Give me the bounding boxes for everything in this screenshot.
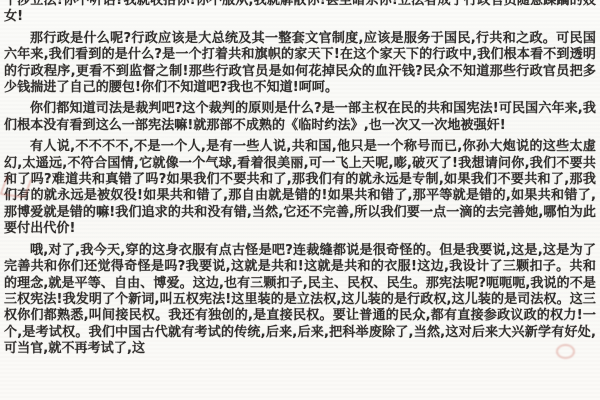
paragraph-judicial-power: 你们都知道司法是裁判吧?这个裁判的原则是什么?是一部主权在民的共和国宪法!可民国… (4, 101, 596, 134)
paragraph-clipped-top: 干涉立法!你不听话?我就收拾你!你不服从,我就解散你!甚至暗杀你!立法者成了行政… (4, 0, 596, 26)
paragraph-five-power-constitution: 哦,对了,我今天,穿的这身衣服有点古怪是吧?连裁缝都说是很奇怪的。但是我要说,这… (4, 243, 596, 358)
paragraph-executive-power: 那行政是什么呢?行政应该是大总统及其一整套文官制度,应该是服务于国民,行共和之政… (4, 31, 596, 97)
scanned-document-page: 干涉立法!你不听话?我就收拾你!你不服从,我就解散你!甚至暗杀你!立法者成了行政… (0, 0, 600, 400)
speech-text-body: 干涉立法!你不听话?我就收拾你!你不服从,我就解散你!甚至暗杀你!立法者成了行政… (4, 0, 596, 363)
paragraph-defense-of-republic: 有人说,不不不不,不是一个人,是有一些人说,共和国,他只是一个称号而已,你孙大炮… (4, 139, 596, 237)
